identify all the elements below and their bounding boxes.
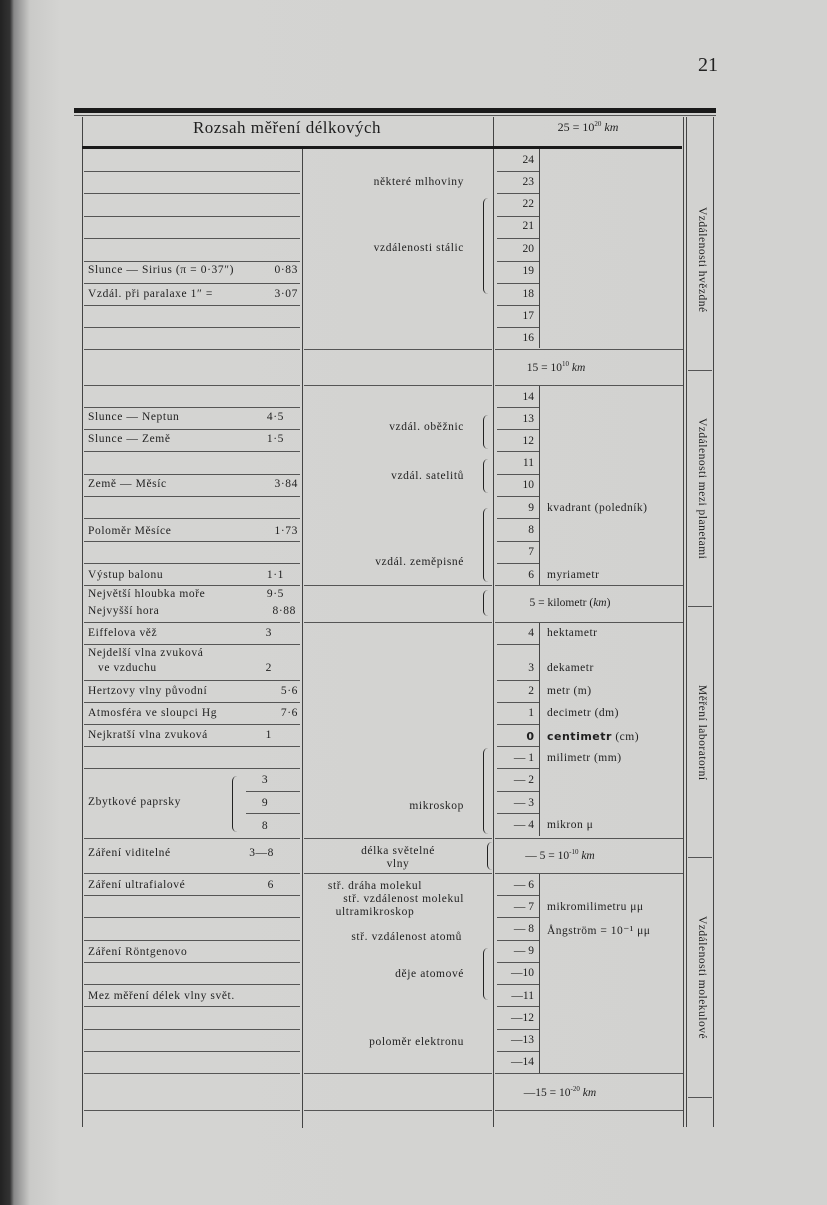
mid-label: délka světelné — [338, 845, 458, 857]
tick — [497, 791, 539, 792]
left-row: Hertzovy vlny původní5·6 — [88, 685, 298, 698]
brace-icon — [483, 948, 488, 1000]
table-left-border — [82, 117, 83, 1127]
left-row: Slunce — Sirius (π = 0·37″)0·83 — [88, 264, 298, 277]
left-row: Nejvyšší hora8·88 — [88, 605, 298, 618]
unit-label: myriametr — [547, 569, 599, 581]
mid-label: stř. vzdálenost molekul — [286, 893, 464, 905]
unit-label: milimetr (mm) — [547, 752, 622, 764]
left-subvalue: 8 — [250, 820, 280, 833]
row-line — [84, 305, 300, 306]
left-row: Největší hloubka moře9·5 — [88, 588, 298, 601]
row-line — [304, 1073, 492, 1074]
row-line — [84, 702, 300, 703]
table-title: Rozsah měření délkových — [82, 118, 492, 138]
scale-number: 9 — [496, 502, 540, 514]
tick — [497, 429, 539, 430]
left-row: Země — Měsíc3·84 — [88, 478, 298, 491]
left-row: Slunce — Neptun4·5 — [88, 411, 298, 424]
unit-label-centimetr: centimetr (cm) — [547, 730, 639, 743]
scale-number: 23 — [496, 176, 540, 188]
left-row: Mez měření délek vlny svět. — [88, 990, 298, 1003]
row-line — [84, 216, 300, 217]
row-line — [84, 327, 300, 328]
row-line — [246, 813, 300, 814]
row-line — [304, 349, 492, 350]
tick — [497, 940, 539, 941]
unit-label: mikron μ — [547, 819, 593, 831]
scale-number: 13 — [496, 413, 540, 425]
tick — [497, 644, 539, 645]
row-line — [304, 1110, 492, 1111]
row-line — [84, 283, 300, 284]
row-line — [495, 1073, 683, 1074]
scale-mark-minus15: —15 = 10-20 km — [500, 1085, 620, 1099]
scale-number: —12 — [496, 1012, 540, 1024]
row-line — [84, 1006, 300, 1007]
scale-mark-15: 15 = 1010 km — [496, 360, 616, 374]
unit-label: metr (m) — [547, 685, 592, 697]
row-line — [84, 746, 300, 747]
brace-icon — [487, 842, 492, 870]
row-line — [84, 1029, 300, 1030]
row-line — [84, 984, 300, 985]
row-line — [495, 585, 683, 586]
side-separator — [688, 606, 712, 607]
tick — [497, 746, 539, 747]
mid-label: stř. vzdálenost atomů — [282, 931, 462, 943]
scale-number: 18 — [496, 288, 540, 300]
row-line — [84, 940, 300, 941]
side-separator — [688, 857, 712, 858]
tick — [497, 917, 539, 918]
row-line — [84, 563, 300, 564]
row-line — [495, 873, 683, 874]
scale-number: — 9 — [496, 945, 540, 957]
scale-number: 8 — [496, 524, 540, 536]
scale-mark-5: 5 = kilometr (km) — [500, 597, 640, 609]
unit-label: hektametr — [547, 627, 597, 639]
row-line — [84, 644, 300, 645]
row-line — [84, 622, 300, 623]
row-line — [84, 838, 300, 839]
tick — [497, 895, 539, 896]
scale-number: — 6 — [496, 879, 540, 891]
brace-icon — [483, 415, 488, 449]
tick — [497, 407, 539, 408]
tick — [497, 327, 539, 328]
tick — [497, 171, 539, 172]
left-row: Záření viditelné3—8 — [88, 847, 298, 860]
scale-number: — 1 — [496, 752, 540, 764]
row-line — [84, 474, 300, 475]
mid-label: děje atomové — [284, 968, 464, 980]
row-line — [304, 838, 492, 839]
scale-number: — 4 — [496, 819, 540, 831]
scale-top-mark: 25 = 1020 km — [493, 120, 683, 135]
scale-number: 22 — [496, 198, 540, 210]
scale-number: 24 — [496, 154, 540, 166]
row-line — [84, 895, 300, 896]
scale-number: — 8 — [496, 923, 540, 935]
left-row: Záření ultrafialové6 — [88, 879, 298, 892]
row-line — [84, 962, 300, 963]
tick — [497, 541, 539, 542]
left-row: Atmosféra ve sloupci Hg7·6 — [88, 707, 298, 720]
brace-icon — [232, 776, 237, 832]
mid-label: vlny — [338, 858, 458, 870]
row-line — [84, 385, 300, 386]
scale-number: 20 — [496, 243, 540, 255]
scale-number: — 2 — [496, 774, 540, 786]
row-line — [84, 429, 300, 430]
side-separator — [688, 1097, 712, 1098]
scale-number: 14 — [496, 391, 540, 403]
row-line — [84, 171, 300, 172]
left-subvalue: 3 — [250, 774, 280, 787]
row-line — [304, 622, 492, 623]
scale-number: 2 — [496, 685, 540, 697]
scale-number-zero: 0 — [496, 730, 540, 743]
brace-icon — [483, 508, 488, 582]
scale-number: 4 — [496, 627, 540, 639]
left-subvalue: 9 — [250, 797, 280, 810]
unit-label: kvadrant (poledník) — [547, 502, 648, 514]
brace-icon — [483, 198, 488, 294]
scale-number: 12 — [496, 435, 540, 447]
tick — [497, 474, 539, 475]
left-row: Nejkratší vlna zvuková1 — [88, 729, 298, 742]
mid-label: vzdál. zeměpisné — [284, 556, 464, 568]
row-line — [84, 407, 300, 408]
mid-label: stř. dráha molekul — [286, 880, 464, 892]
tick — [497, 813, 539, 814]
row-line — [84, 724, 300, 725]
tick — [497, 193, 539, 194]
top-rule — [74, 108, 716, 113]
left-row: Poloměr Měsíce1·73 — [88, 525, 298, 538]
row-line — [84, 680, 300, 681]
scale-number: —10 — [496, 967, 540, 979]
row-line — [495, 622, 683, 623]
scale-number: 1 — [496, 707, 540, 719]
tick — [497, 680, 539, 681]
scale-number: 7 — [496, 546, 540, 558]
row-line — [84, 349, 300, 350]
row-line — [84, 496, 300, 497]
scale-number: 16 — [496, 332, 540, 344]
tick — [497, 724, 539, 725]
tick — [497, 216, 539, 217]
row-line — [84, 541, 300, 542]
left-row: ve vzduchu2 — [88, 662, 298, 675]
tick — [497, 962, 539, 963]
row-line — [84, 873, 300, 874]
mid-label: ultramikroskop — [286, 906, 464, 918]
side-label-molecular: Vzdálenosti molekulové — [690, 859, 714, 1097]
row-line — [304, 873, 492, 874]
scale-number: 17 — [496, 310, 540, 322]
row-line — [84, 193, 300, 194]
row-line — [304, 385, 492, 386]
row-line — [495, 1110, 683, 1111]
row-line — [84, 917, 300, 918]
mid-label: mikroskop — [284, 800, 464, 812]
row-line — [84, 585, 300, 586]
tick — [497, 283, 539, 284]
brace-icon — [483, 459, 488, 493]
scale-number: —14 — [496, 1056, 540, 1068]
tick — [497, 1006, 539, 1007]
left-row: Záření Röntgenovo — [88, 946, 298, 959]
unit-label: dekametr — [547, 662, 594, 674]
scale-number: —13 — [496, 1034, 540, 1046]
tick — [497, 702, 539, 703]
left-row: Eiffelova věž3 — [88, 627, 298, 640]
scale-number: — 7 — [496, 901, 540, 913]
tick — [497, 984, 539, 985]
tick — [497, 518, 539, 519]
mid-label: některé mlhoviny — [284, 176, 464, 188]
header-rule — [82, 146, 682, 149]
row-line — [84, 1110, 300, 1111]
left-row: Slunce — Země1·5 — [88, 433, 298, 446]
row-line — [495, 385, 683, 386]
unit-label: Ångström = 10⁻¹ μμ — [547, 923, 650, 937]
scale-number: —11 — [496, 990, 540, 1002]
tick — [497, 1029, 539, 1030]
left-row: Nejdelší vlna zvuková — [88, 647, 298, 660]
left-row: Vzdál. při paralaxe 1″ =3·07 — [88, 288, 298, 301]
tick — [497, 563, 539, 564]
side-label-stellar: Vzdálenosti hvězdné — [690, 150, 714, 370]
scale-number: 3 — [496, 662, 540, 674]
row-line — [84, 1051, 300, 1052]
scale-number: 10 — [496, 479, 540, 491]
mid-label: vzdál. satelitů — [284, 470, 464, 482]
tick — [497, 1051, 539, 1052]
page-number: 21 — [698, 54, 718, 77]
mid-label: vzdálenosti stálic — [284, 242, 464, 254]
row-line — [495, 349, 683, 350]
brace-icon — [483, 590, 488, 616]
row-line — [84, 768, 300, 769]
tick — [497, 238, 539, 239]
side-divider-b — [686, 117, 687, 1127]
tick — [497, 261, 539, 262]
scale-number: 11 — [496, 457, 540, 469]
row-line — [304, 585, 492, 586]
scale-mark-minus5: — 5 = 10-10 km — [500, 848, 620, 862]
column-divider-left — [302, 148, 303, 1128]
row-line — [84, 518, 300, 519]
row-line — [84, 1073, 300, 1074]
left-row: Výstup balonu1·1 — [88, 569, 298, 582]
tick — [497, 305, 539, 306]
row-line — [495, 838, 683, 839]
scale-number: — 3 — [496, 797, 540, 809]
brace-icon — [483, 748, 488, 834]
unit-label: decimetr (dm) — [547, 707, 619, 719]
column-divider-middle — [493, 117, 494, 1127]
tick — [497, 451, 539, 452]
row-line — [246, 791, 300, 792]
scale-number: 19 — [496, 265, 540, 277]
mid-label: poloměr elektronu — [284, 1036, 464, 1048]
side-separator — [688, 370, 712, 371]
tick — [497, 768, 539, 769]
side-divider-a — [683, 117, 684, 1127]
side-label-planetary: Vzdálenosti mezi planetami — [690, 372, 714, 606]
mid-label: vzdál. oběžnic — [284, 421, 464, 433]
row-line — [84, 238, 300, 239]
top-rule-thin — [74, 115, 716, 116]
unit-label: mikromilimetru μμ — [547, 901, 644, 913]
scale-number: 6 — [496, 569, 540, 581]
tick — [497, 496, 539, 497]
scale-number: 21 — [496, 220, 540, 232]
side-label-laboratory: Měření laboratorní — [690, 608, 714, 857]
row-line — [84, 451, 300, 452]
row-line — [84, 261, 300, 262]
